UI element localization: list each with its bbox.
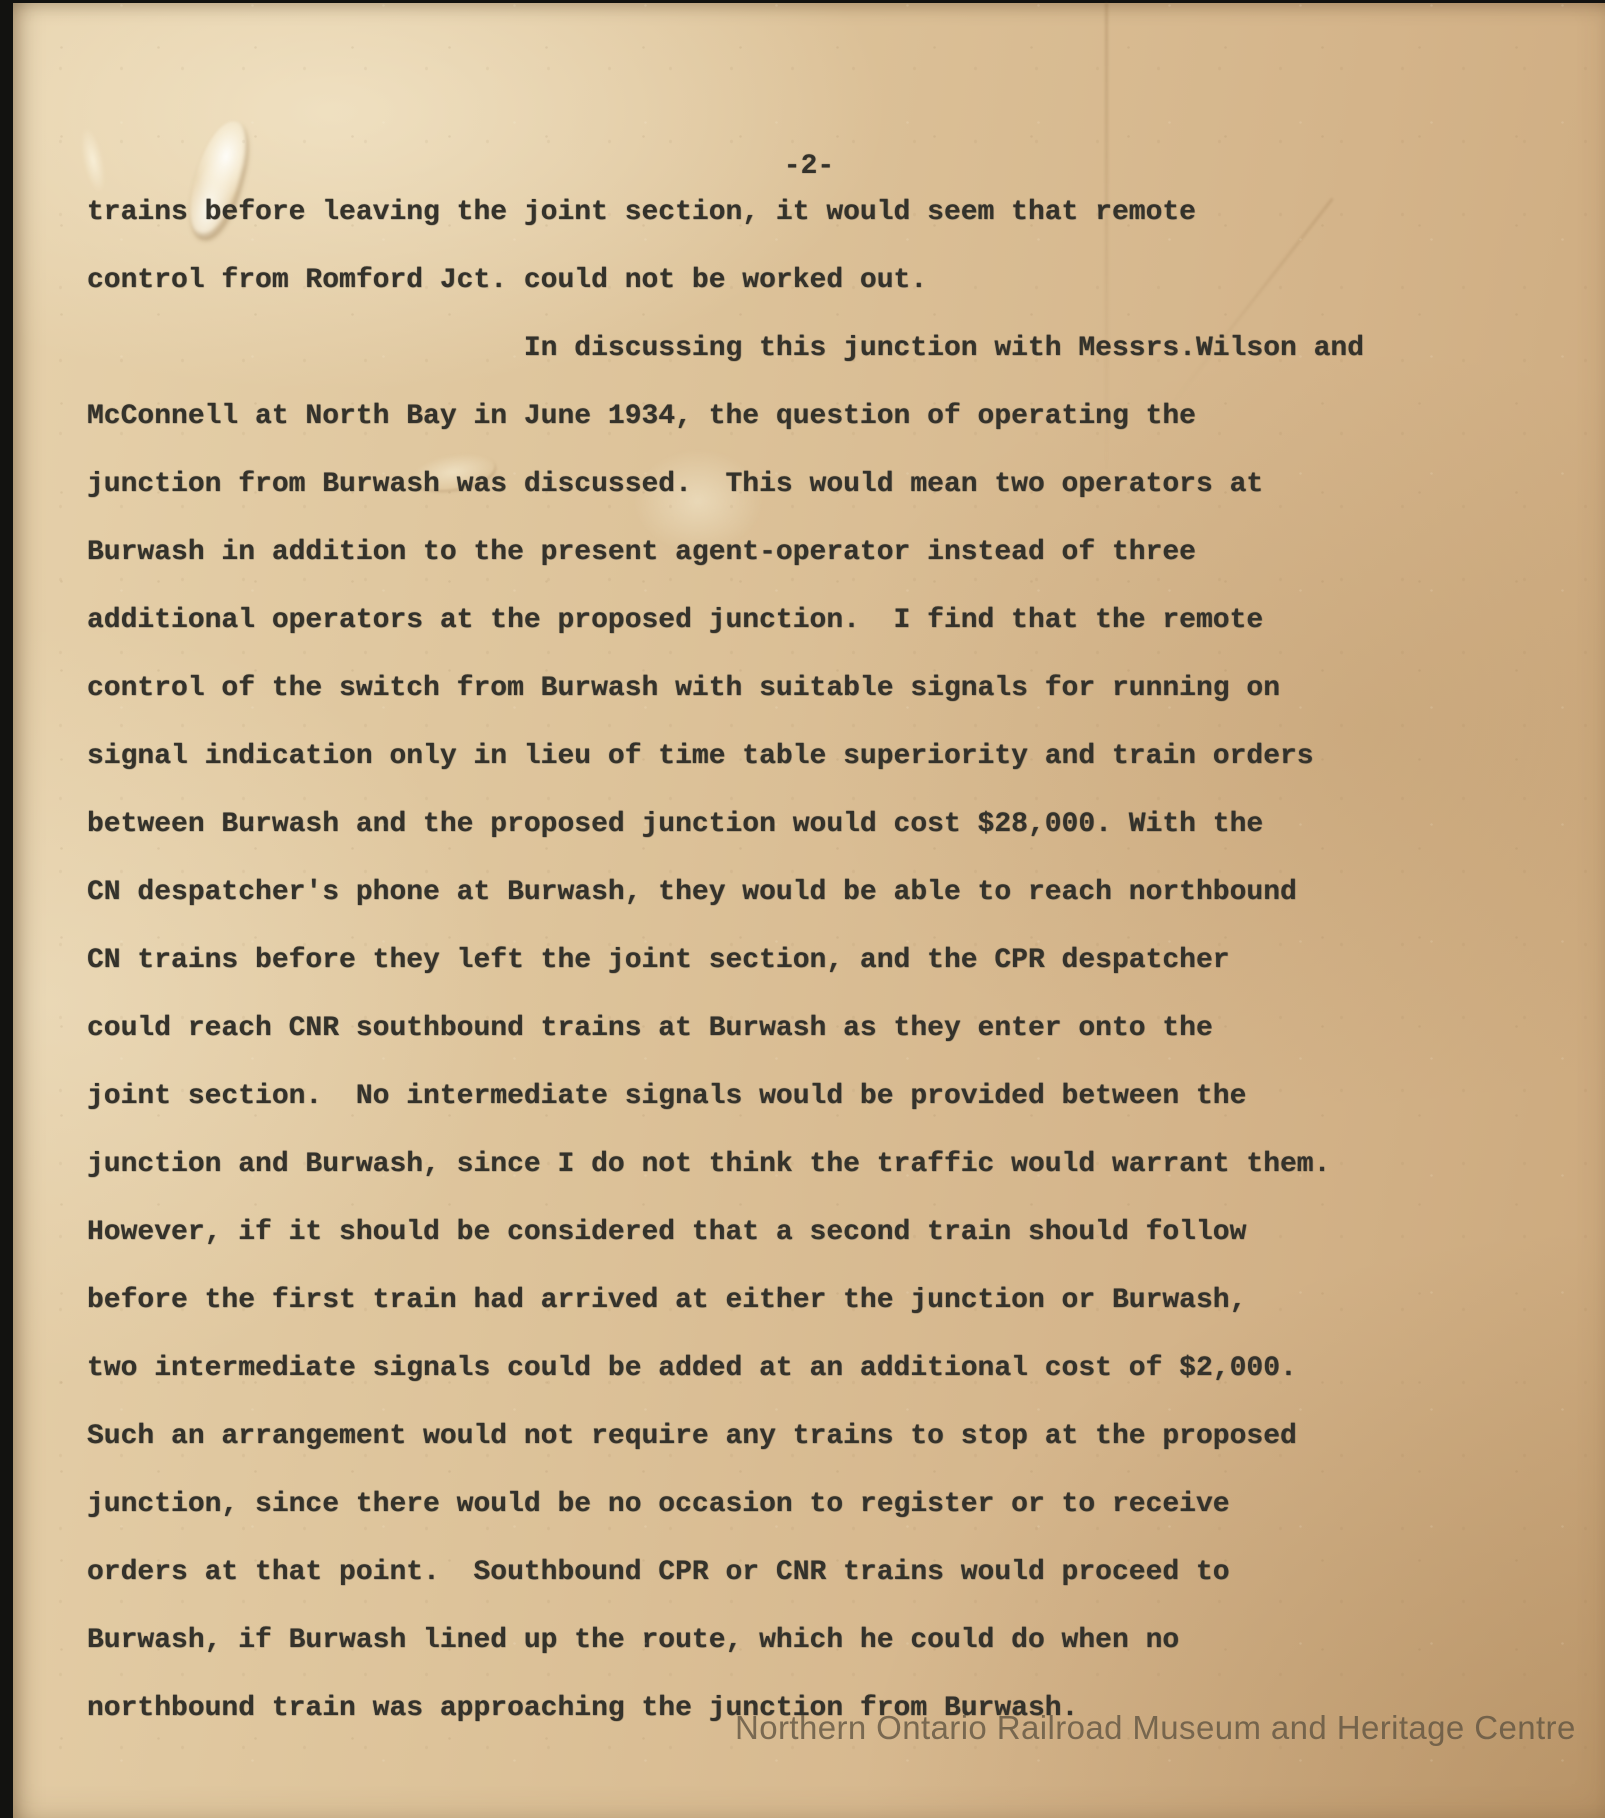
- typed-line: orders at that point. Southbound CPR or …: [87, 1539, 1567, 1607]
- typed-line: between Burwash and the proposed junctio…: [87, 791, 1567, 859]
- typed-line: McConnell at North Bay in June 1934, the…: [87, 383, 1567, 451]
- typed-line: joint section. No intermediate signals w…: [87, 1063, 1567, 1131]
- typed-line: additional operators at the proposed jun…: [87, 587, 1567, 655]
- typed-line: Burwash in addition to the present agent…: [87, 519, 1567, 587]
- typed-line: could reach CNR southbound trains at Bur…: [87, 995, 1567, 1063]
- typed-line: trains before leaving the joint section,…: [87, 179, 1567, 247]
- typed-line: junction, since there would be no occasi…: [87, 1471, 1567, 1539]
- typed-line: signal indication only in lieu of time t…: [87, 723, 1567, 791]
- typed-line: CN despatcher's phone at Burwash, they w…: [87, 859, 1567, 927]
- typed-line: two intermediate signals could be added …: [87, 1335, 1567, 1403]
- document-body-text: trains before leaving the joint section,…: [87, 179, 1567, 1743]
- typed-line: Such an arrangement would not require an…: [87, 1403, 1567, 1471]
- typed-line: CN trains before they left the joint sec…: [87, 927, 1567, 995]
- scanned-document: -2- trains before leaving the joint sect…: [0, 0, 1605, 1818]
- typed-line: junction and Burwash, since I do not thi…: [87, 1131, 1567, 1199]
- typed-line: control of the switch from Burwash with …: [87, 655, 1567, 723]
- typed-line: However, if it should be considered that…: [87, 1199, 1567, 1267]
- museum-watermark: Northern Ontario Railroad Museum and Her…: [735, 1709, 1576, 1747]
- typed-line: before the first train had arrived at ei…: [87, 1267, 1567, 1335]
- typed-line: junction from Burwash was discussed. Thi…: [87, 451, 1567, 519]
- typed-line: Burwash, if Burwash lined up the route, …: [87, 1607, 1567, 1675]
- paper-sheet: -2- trains before leaving the joint sect…: [13, 3, 1605, 1818]
- typed-line: control from Romford Jct. could not be w…: [87, 247, 1567, 315]
- typed-line: In discussing this junction with Messrs.…: [87, 315, 1567, 383]
- page-number: -2-: [13, 151, 1605, 182]
